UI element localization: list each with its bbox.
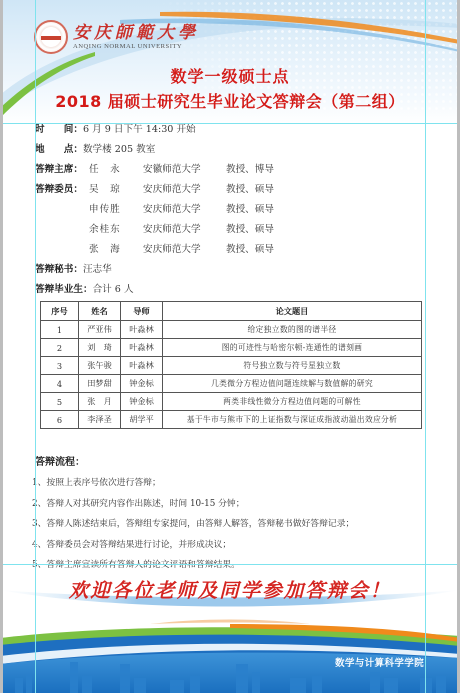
table-row: 4 田梦甜 钟金标 几类微分方程边值问题连续解与数值解的研究 (41, 375, 422, 393)
table-row: 1 严亚伟 叶淼林 给定独立数的图的谱半径 (41, 321, 422, 339)
thesis-table: 序号 姓名 导师 论文题目 1 严亚伟 叶淼林 给定独立数的图的谱半径 2 刘 … (40, 301, 422, 429)
cell-topic: 图的可迹性与哈密尔顿-连通性的谱刻画 (163, 339, 422, 357)
cell-name: 田梦甜 (79, 375, 121, 393)
cell-no: 1 (41, 321, 79, 339)
table-row: 3 张午骏 叶淼林 符号独立数与符号星独立数 (41, 357, 422, 375)
member-title: 教授、硕导 (226, 200, 306, 220)
procedure-step: 4、答辩委员会对答辩结果进行讨论，并形成决议； (32, 535, 425, 556)
defense-procedure: 答辩流程： 1、按照上表序号依次进行答辩； 2、答辩人对其研究内容作出陈述，时间… (35, 453, 425, 576)
procedure-step: 3、答辩人陈述结束后，答辩组专家提问，由答辩人解答，答辩秘书做好答辩记录； (32, 514, 425, 535)
cell-advisor: 叶淼林 (121, 357, 163, 375)
cell-advisor: 叶淼林 (121, 321, 163, 339)
table-header-row: 序号 姓名 导师 论文题目 (41, 302, 422, 321)
chair-row: 答辩主席： (35, 160, 83, 180)
cell-advisor: 钟金标 (121, 375, 163, 393)
header-advisor: 导师 (121, 302, 163, 321)
cell-name: 李泽圣 (79, 411, 121, 429)
graduates-row: 答辩毕业生：合计 6 人 (35, 280, 134, 300)
poster: 安庆師範大學 ANQING NORMAL UNIVERSITY 数学一级硕士点 … (0, 0, 460, 693)
chair-label: 答辩主席： (35, 160, 83, 180)
procedure-step: 5、答辩主席宣读所有答辩人的论文评语和答辩结果。 (32, 555, 425, 576)
university-name-en: ANQING NORMAL UNIVERSITY (73, 43, 199, 51)
header-no: 序号 (41, 302, 79, 321)
canvas-edge-left (0, 0, 3, 693)
cell-no: 6 (41, 411, 79, 429)
secretary-row: 答辩秘书：汪志华 (35, 260, 112, 280)
committee-label: 答辩委员： (35, 180, 83, 200)
layout-guide-vertical-left (35, 0, 36, 693)
place-value: 数学楼 205 教室 (83, 144, 155, 155)
member-name: 吴 琼 (89, 180, 129, 200)
cell-name: 张午骏 (79, 357, 121, 375)
graduates-label: 答辩毕业生： (35, 280, 93, 300)
member-name: 余桂东 (89, 220, 129, 240)
time-value: 6 月 9 日下午 14:30 开始 (83, 124, 196, 135)
member-title: 教授、硕导 (226, 220, 306, 240)
cell-name: 严亚伟 (79, 321, 121, 339)
place-label: 地 点： (35, 140, 83, 160)
table-row: 6 李泽圣 胡学平 基于牛市与熊市下的上证指数与深证成指波动溢出效应分析 (41, 411, 422, 429)
school-name: 数学与计算科学学院 (335, 655, 424, 669)
secretary-value: 汪志华 (83, 264, 112, 275)
procedure-step: 2、答辩人对其研究内容作出陈述，时间 10-15 分钟； (32, 494, 425, 515)
cell-topic: 符号独立数与符号星独立数 (163, 357, 422, 375)
procedure-step: 1、按照上表序号依次进行答辩； (32, 473, 425, 494)
layout-guide-horizontal-top (0, 123, 460, 124)
university-logo: 安庆師範大學 ANQING NORMAL UNIVERSITY (34, 20, 199, 54)
cell-topic: 几类微分方程边值问题连续解与数值解的研究 (163, 375, 422, 393)
layout-guide-horizontal-bottom (0, 564, 460, 565)
header-topic: 论文题目 (163, 302, 422, 321)
table-row: 5 张 月 钟金标 两类非线性微分方程边值问题的可解性 (41, 393, 422, 411)
cell-no: 4 (41, 375, 79, 393)
cell-advisor: 钟金标 (121, 393, 163, 411)
table-row: 2 刘 琦 叶淼林 图的可迹性与哈密尔顿-连通性的谱刻画 (41, 339, 422, 357)
poster-title-line2: 2018 届硕士研究生毕业论文答辩会（第二组） (0, 89, 460, 112)
cell-no: 3 (41, 357, 79, 375)
member-name: 张 海 (89, 240, 129, 260)
cell-name: 刘 琦 (79, 339, 121, 357)
cell-advisor: 胡学平 (121, 411, 163, 429)
header-name: 姓名 (79, 302, 121, 321)
member-name: 申传胜 (89, 200, 129, 220)
place-row: 地 点：数学楼 205 教室 (35, 140, 155, 160)
university-name-cn: 安庆師範大學 (73, 23, 199, 43)
procedure-title: 答辩流程： (35, 453, 425, 473)
member-title: 教授、硕导 (226, 240, 306, 260)
cell-name: 张 月 (79, 393, 121, 411)
chair-name: 任 永 (89, 160, 129, 180)
cell-no: 2 (41, 339, 79, 357)
cell-advisor: 叶淼林 (121, 339, 163, 357)
committee-row: 答辩委员： (35, 180, 83, 200)
cell-topic: 基于牛市与熊市下的上证指数与深证成指波动溢出效应分析 (163, 411, 422, 429)
chair-title: 教授、博导 (226, 160, 306, 180)
layout-guide-vertical-right (425, 0, 426, 693)
member-title: 教授、硕导 (226, 180, 306, 200)
poster-title-line1: 数学一级硕士点 (0, 64, 460, 87)
cell-no: 5 (41, 393, 79, 411)
cell-topic: 两类非线性微分方程边值问题的可解性 (163, 393, 422, 411)
cell-topic: 给定独立数的图的谱半径 (163, 321, 422, 339)
university-seal-icon (34, 20, 68, 54)
graduates-value: 合计 6 人 (93, 284, 134, 295)
secretary-label: 答辩秘书： (35, 260, 83, 280)
welcome-banner: 欢迎各位老师及同学参加答辩会！ (0, 575, 460, 603)
